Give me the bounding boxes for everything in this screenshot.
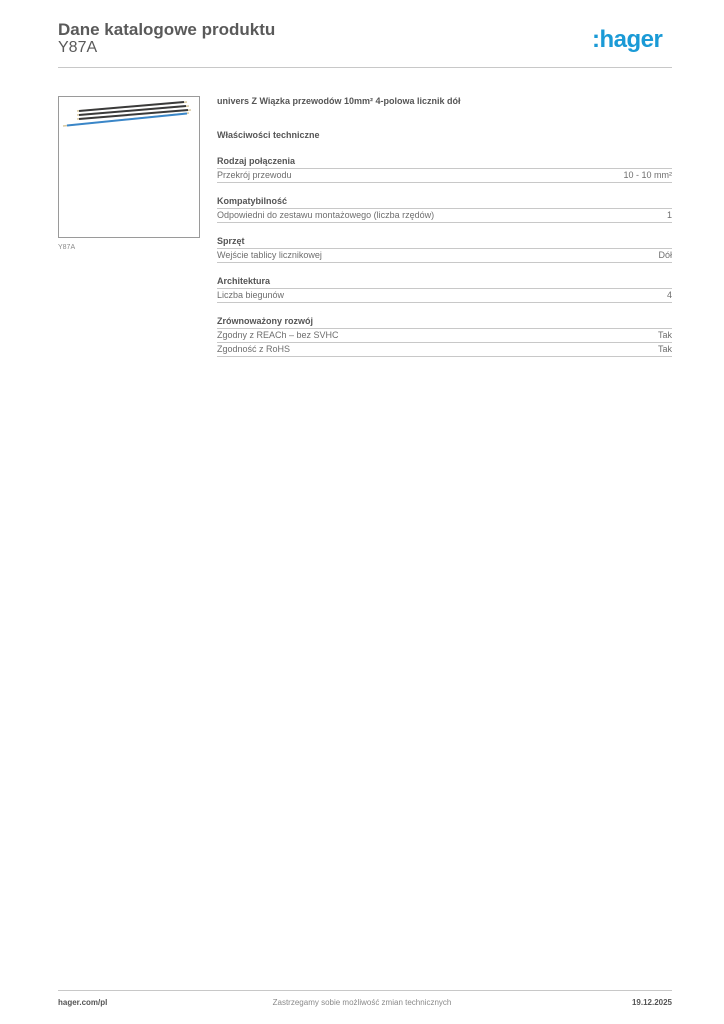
footer-divider: [58, 990, 672, 991]
page-title: Dane katalogowe produktu: [58, 20, 275, 40]
spec-groups: Rodzaj połączenia Przekrój przewodu 10 -…: [217, 155, 672, 369]
spec-value: Dół: [658, 249, 672, 262]
spec-label: Odpowiedni do zestawu montażowego (liczb…: [217, 209, 434, 222]
footer-disclaimer: Zastrzegamy sobie możliwość zmian techni…: [0, 998, 724, 1007]
spec-value: 4: [667, 289, 672, 302]
spec-row: Wejście tablicy licznikowej Dół: [217, 249, 672, 263]
spec-value: Tak: [658, 329, 672, 342]
group-title: Zrównoważony rozwój: [217, 315, 672, 329]
spec-value: Tak: [658, 343, 672, 356]
product-image: [58, 96, 200, 238]
spec-label: Zgodność z RoHS: [217, 343, 290, 356]
spec-group-connection: Rodzaj połączenia Przekrój przewodu 10 -…: [217, 155, 672, 183]
spec-row: Zgodność z RoHS Tak: [217, 343, 672, 357]
spec-row: Liczba biegunów 4: [217, 289, 672, 303]
hager-logo: :hager: [592, 26, 662, 54]
spec-group-hardware: Sprzęt Wejście tablicy licznikowej Dół: [217, 235, 672, 263]
image-caption: Y87A: [58, 244, 75, 251]
spec-row: Zgodny z REACh – bez SVHC Tak: [217, 329, 672, 343]
spec-row: Odpowiedni do zestawu montażowego (liczb…: [217, 209, 672, 223]
spec-group-architecture: Architektura Liczba biegunów 4: [217, 275, 672, 303]
spec-group-compatibility: Kompatybilność Odpowiedni do zestawu mon…: [217, 195, 672, 223]
group-title: Rodzaj połączenia: [217, 155, 672, 169]
group-title: Architektura: [217, 275, 672, 289]
spec-value: 1: [667, 209, 672, 222]
wire-bundle-icon: [59, 97, 201, 239]
spec-label: Wejście tablicy licznikowej: [217, 249, 322, 262]
spec-label: Przekrój przewodu: [217, 169, 292, 182]
spec-group-sustainability: Zrównoważony rozwój Zgodny z REACh – bez…: [217, 315, 672, 357]
spec-row: Przekrój przewodu 10 - 10 mm²: [217, 169, 672, 183]
product-name: univers Z Wiązka przewodów 10mm² 4-polow…: [217, 96, 460, 106]
header-divider: [58, 67, 672, 68]
product-code: Y87A: [58, 39, 97, 57]
group-title: Sprzęt: [217, 235, 672, 249]
spec-label: Zgodny z REACh – bez SVHC: [217, 329, 339, 342]
logo-text: hager: [600, 26, 663, 53]
footer-date: 19.12.2025: [632, 998, 672, 1007]
section-heading: Właściwości techniczne: [217, 130, 320, 140]
logo-prefix: :: [592, 26, 600, 53]
spec-label: Liczba biegunów: [217, 289, 284, 302]
group-title: Kompatybilność: [217, 195, 672, 209]
spec-value: 10 - 10 mm²: [623, 169, 672, 182]
